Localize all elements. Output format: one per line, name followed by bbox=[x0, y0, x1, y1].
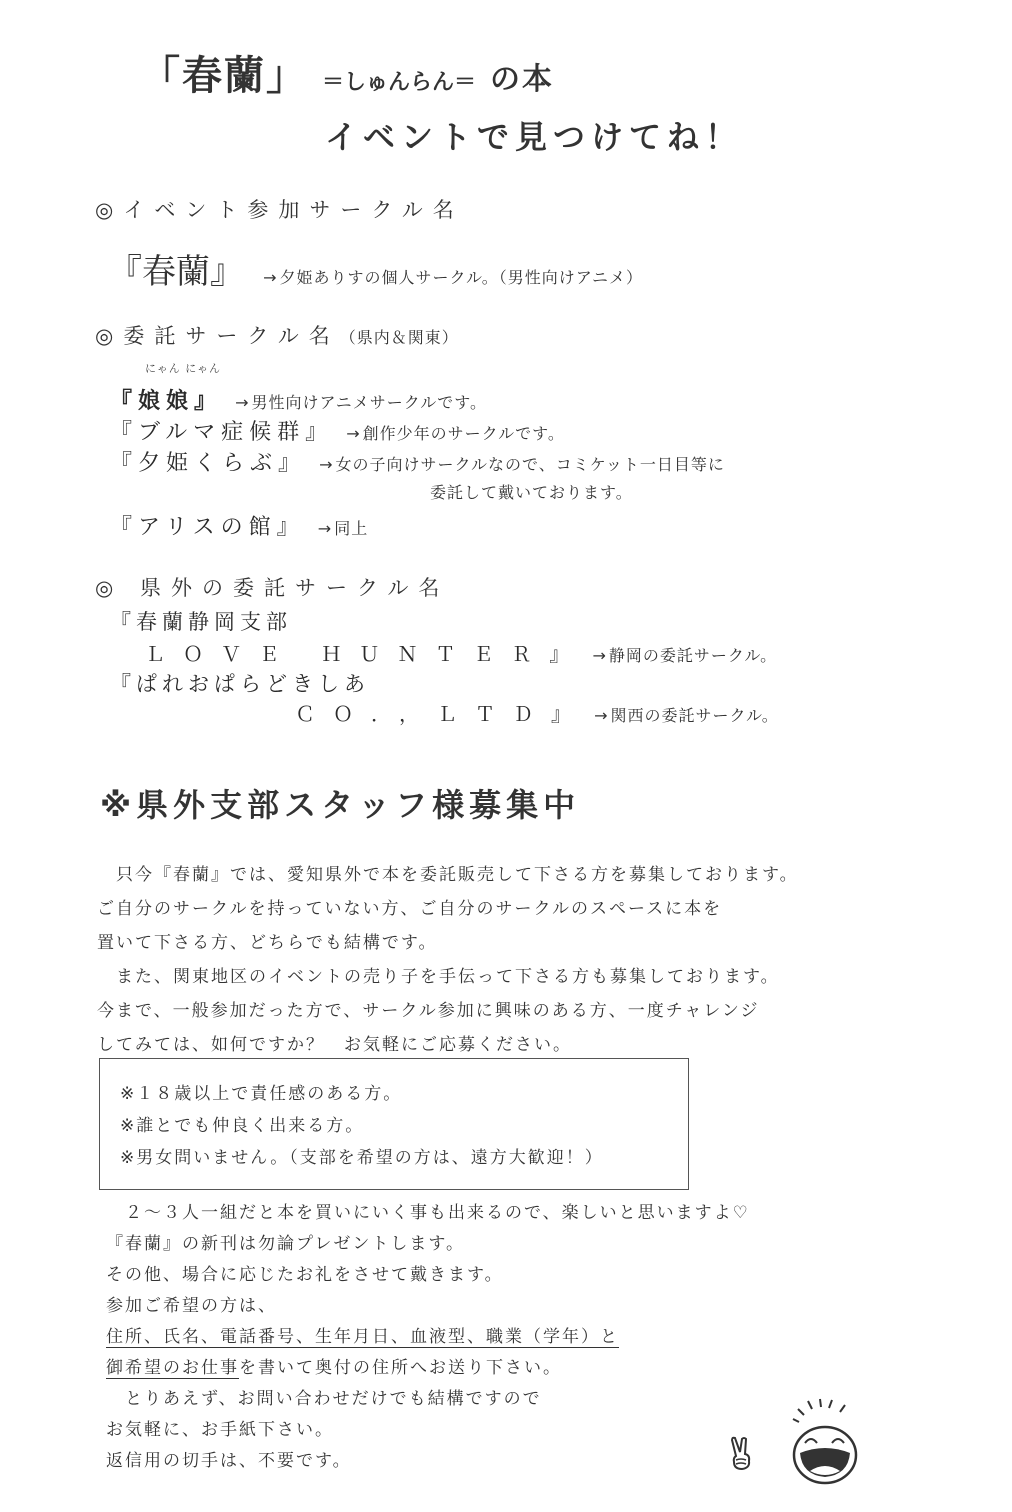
consign-local-note: （県内＆関東） bbox=[340, 328, 459, 347]
event-circle-name: 『春蘭』 bbox=[108, 252, 244, 292]
consign-outside-item2-line1: 『ぱれおぱらどきしあ bbox=[110, 668, 370, 698]
required-info-line: 住所、氏名、電話番号、生年月日、血液型、職業（学年）と bbox=[106, 1322, 750, 1353]
send-instructions: 御希望のお仕事を書いて奥付の住所へお送り下さい。 bbox=[106, 1353, 750, 1384]
consign-item: 『娘娘』 →男性向けアニメサークルです。 bbox=[110, 384, 487, 415]
consign-outside-item2-line2: ＣＯ．，ＬＴＤ』 →関西の委託サークル。 bbox=[295, 698, 779, 727]
arrow-icon: → bbox=[594, 706, 608, 725]
consign-item: 『ブルマ症候群』 →創作少年のサークルです。 bbox=[110, 415, 565, 446]
consign-item: 『夕姫くらぶ』 →女の子向けサークルなので、コミケット一日目等に bbox=[110, 446, 725, 477]
event-circle-row: 『春蘭』 →夕姫ありすの個人サークル。（男性向けアニメ） bbox=[108, 244, 643, 293]
page-title-line1: 「春蘭」＝しゅんらん＝の本 bbox=[140, 44, 554, 101]
arrow-icon: → bbox=[235, 393, 249, 412]
title-suffix: の本 bbox=[490, 62, 554, 97]
title-circle-name: 「春蘭」 bbox=[140, 53, 308, 99]
event-circle-description: →夕姫ありすの個人サークル。（男性向けアニメ） bbox=[263, 268, 643, 287]
requirements-list: ※１８歳以上で責任感のある方。 ※誰とでも仲良く出来る方。 ※男女問いません。（… bbox=[120, 1078, 604, 1174]
recruit-heading: ※県外支部スタッフ様募集中 bbox=[100, 780, 580, 826]
arrow-icon: → bbox=[318, 519, 332, 538]
requirement-item: ※男女問いません。（支部を希望の方は、遠方大歓迎！） bbox=[120, 1142, 604, 1174]
requirement-item: ※１８歳以上で責任感のある方。 bbox=[120, 1078, 604, 1110]
consign-item: 『アリスの館』 →同上 bbox=[110, 510, 368, 541]
page-title-line2: イベントで見つけてね！ bbox=[325, 112, 743, 158]
consign-local-heading: ◎委託サークル名（県内＆関東） bbox=[95, 320, 459, 350]
requirement-item: ※誰とでも仲良く出来る方。 bbox=[120, 1110, 604, 1142]
arrow-icon: → bbox=[319, 455, 333, 474]
laughing-face-icon bbox=[790, 1395, 860, 1485]
arrow-icon: → bbox=[592, 646, 606, 665]
consign-outside-heading: ◎ 県外の委託サークル名 bbox=[95, 572, 449, 602]
event-circle-heading: ◎イベント参加サークル名 bbox=[95, 194, 464, 224]
arrow-icon: → bbox=[346, 424, 360, 443]
consign-outside-item1-line2: ＬＯＶＥ ＨＵＮＴＥＲ』 →静岡の委託サークル。 bbox=[145, 638, 777, 667]
arrow-icon: → bbox=[263, 268, 277, 287]
title-reading: ＝しゅんらん＝ bbox=[322, 70, 476, 95]
recruit-closing: ２～３人一組だと本を買いにいく事も出来るので、楽しいと思いますよ♡ 『春蘭』の新… bbox=[106, 1198, 750, 1477]
consign-item-description-cont: 委託して戴いております。 bbox=[430, 480, 633, 503]
peace-sign-icon bbox=[728, 1436, 756, 1472]
consign-outside-item1-line1: 『春蘭静岡支部 bbox=[110, 606, 292, 636]
ruby-reading: にゃん にゃん bbox=[145, 360, 221, 376]
recruit-paragraph: 只今『春蘭』では、愛知県外で本を委託販売して下さる方を募集しております。 ご自分… bbox=[97, 858, 799, 1062]
